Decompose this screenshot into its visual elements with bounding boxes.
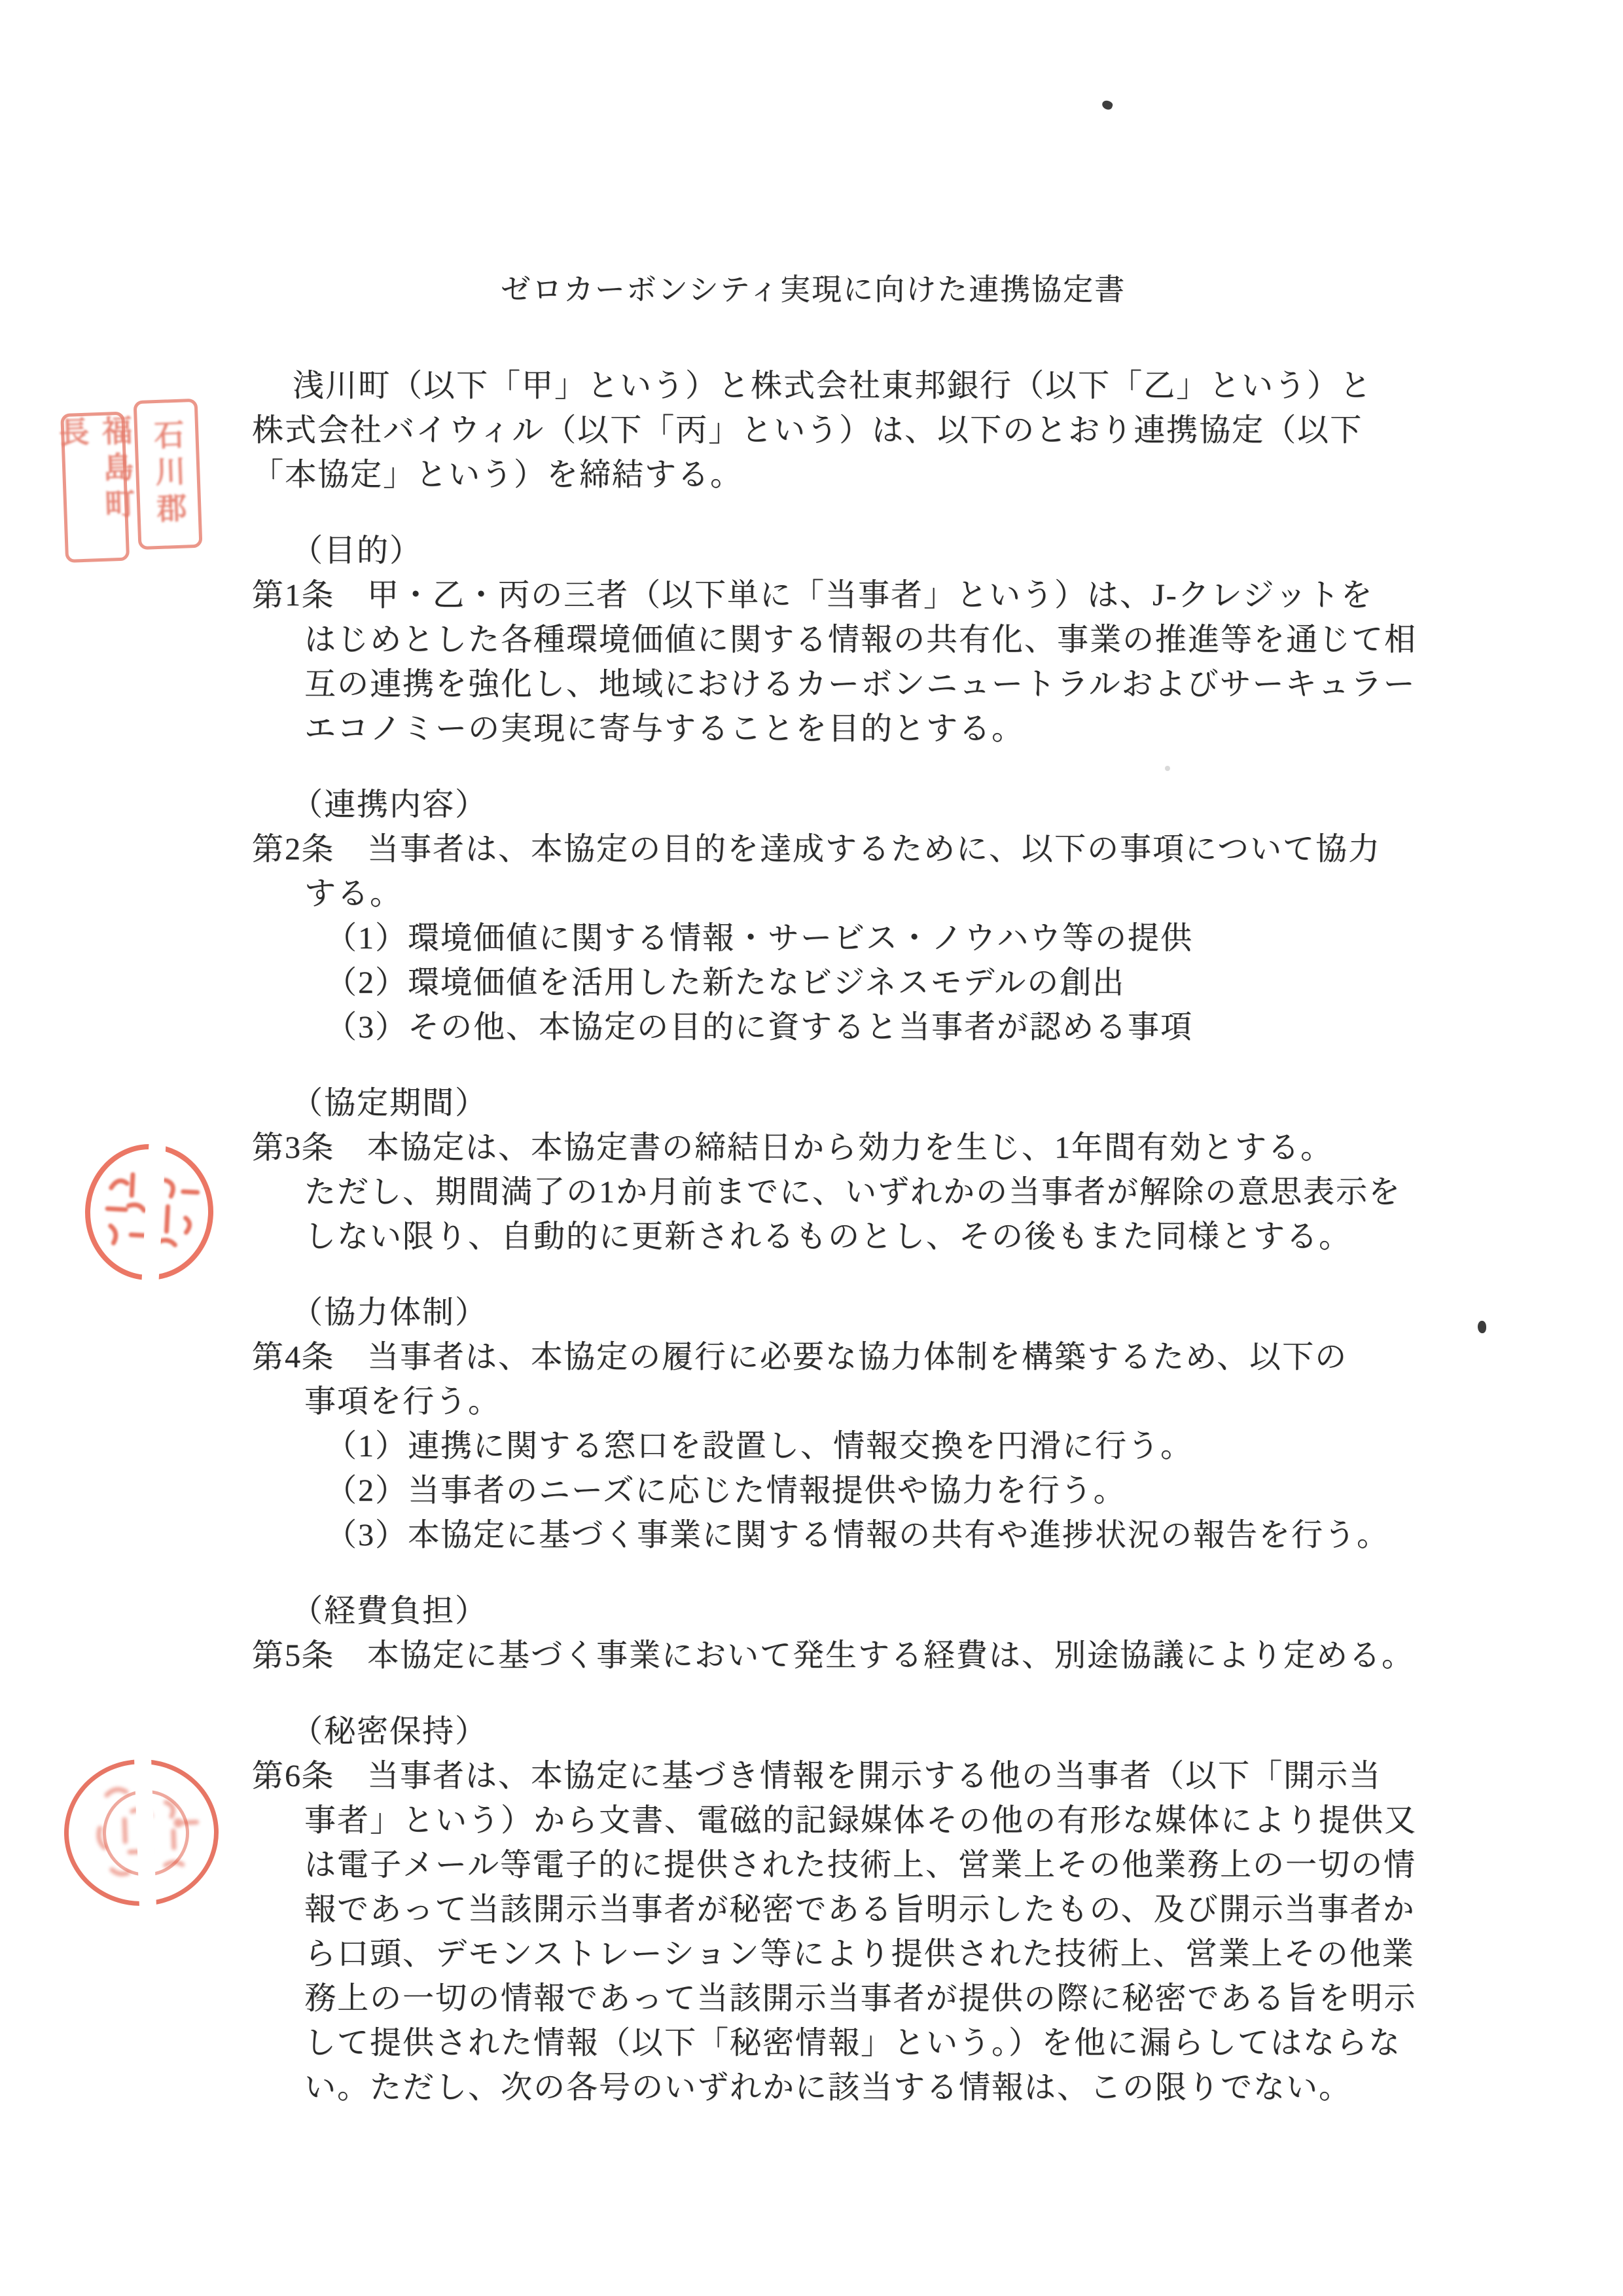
seal-inner-ring [101,1788,191,1878]
scan-fold-gap [141,1141,166,1294]
section-purpose: （目的） 第1条 甲・乙・丙の三者（以下単に「当事者」という）は、J-クレジット… [252,529,1374,751]
round-corporate-seal-bottom [62,1757,221,1909]
article-line: 第4条 当事者は、本協定の履行に必要な協力体制を構築するため、以下の [252,1335,1374,1380]
article-line: 第2条 当事者は、本協定の目的を達成するために、以下の事項について協力 [252,827,1374,872]
clause-item: （3）本協定に基づく事業に関する情報の共有や進捗状況の報告を行う。 [325,1513,1374,1558]
scan-speck [1478,1321,1486,1333]
section-cost-burden: （経費負担） 第5条 本協定に基づく事業において発生する経費は、別途協議により定… [252,1589,1374,1678]
mayor-seal-left-text: 福島町長 [49,414,141,560]
seal-script-glyphs-icon [66,1761,216,1904]
seal-script-glyphs-icon [87,1146,211,1278]
section-heading: （目的） [291,529,1374,573]
mayor-rect-seal-pair: 福島町長 石川郡 [60,398,218,568]
clause-item: （2）当事者のニーズに応じた情報提供や協力を行う。 [325,1469,1374,1513]
section-heading: （協力体制） [291,1291,1374,1335]
article-line: は電子メール等電子的に提供された技術上、営業上その他業務上の一切の情 [304,1843,1374,1888]
article-line: い。ただし、次の各号のいずれかに該当する情報は、この限りでない。 [304,2066,1374,2110]
preamble-line: 「本協定」という）を締結する。 [252,453,1374,497]
clause-item: （3）その他、本協定の目的に資すると当事者が認める事項 [325,1005,1374,1050]
mayor-rect-seal-left: 福島町長 [60,412,130,563]
article-line: して提供された情報（以下「秘密情報」という。）を他に漏らしてはならな [304,2021,1374,2066]
clause-item: （2）環境価値を活用した新たなビジネスモデルの創出 [325,961,1374,1005]
article-line: エコノミーの実現に寄与することを目的とする。 [304,707,1374,751]
document-title: ゼロカーボンシティ実現に向けた連携協定書 [252,267,1374,313]
article-line: 報であって当該開示当事者が秘密である旨明示したもの、及び開示当事者か [304,1888,1374,1932]
section-confidentiality: （秘密保持） 第6条 当事者は、本協定に基づき情報を開示する他の当事者（以下「開… [252,1710,1374,2110]
mayor-rect-seal-right: 石川郡 [134,399,203,550]
clause-item: （1）連携に関する窓口を設置し、情報交換を円滑に行う。 [325,1424,1374,1469]
scanned-agreement-page: 福島町長 石川郡 [0,0,1623,2296]
article-line: 第6条 当事者は、本協定に基づき情報を開示する他の当事者（以下「開示当 [252,1754,1374,1799]
article-line: しない限り、自動的に更新されるものとし、その後もまた同様とする。 [304,1215,1374,1259]
section-heading: （協定期間） [291,1081,1374,1126]
scan-fold-gap [134,1755,157,1918]
scan-speck [1101,99,1113,111]
clause-item: （1）環境価値に関する情報・サービス・ノウハウ等の提供 [325,916,1374,961]
section-cooperation-structure: （協力体制） 第4条 当事者は、本協定の履行に必要な協力体制を構築するため、以下… [252,1291,1374,1558]
preamble-line: 浅川町（以下「甲」という）と株式会社東邦銀行（以下「乙」という）と [293,364,1374,408]
mayor-seal-right-text: 石川郡 [145,418,192,529]
article-line: 事者」という）から文書、電磁的記録媒体その他の有形な媒体により提供又 [304,1799,1374,1843]
article-line: ら口頭、デモンストレーション等により提供された技術上、営業上その他業 [304,1932,1374,1977]
round-corporate-seal-middle [82,1141,217,1283]
article-line: ただし、期間満了の1か月前までに、いずれかの当事者が解除の意思表示を [304,1170,1374,1215]
article-line: する。 [304,872,1374,916]
section-cooperation-content: （連携内容） 第2条 当事者は、本協定の目的を達成するために、以下の事項について… [252,783,1374,1050]
article-line: 第1条 甲・乙・丙の三者（以下単に「当事者」という）は、J-クレジットを [252,573,1374,618]
article-line: 務上の一切の情報であって当該開示当事者が提供の際に秘密である旨を明示 [304,1977,1374,2021]
section-heading: （連携内容） [291,783,1374,827]
preamble-line: 株式会社バイウィル（以下「丙」という）は、以下のとおり連携協定（以下 [252,408,1374,453]
article-line: 第3条 本協定は、本協定書の締結日から効力を生じ、1年間有効とする。 [252,1126,1374,1170]
preamble: 浅川町（以下「甲」という）と株式会社東邦銀行（以下「乙」という）と株式会社バイウ… [252,364,1374,497]
article-line: 事項を行う。 [304,1380,1374,1424]
document-body: ゼロカーボンシティ実現に向けた連携協定書 浅川町（以下「甲」という）と株式会社東… [252,267,1374,2110]
section-agreement-term: （協定期間） 第3条 本協定は、本協定書の締結日から効力を生じ、1年間有効とする… [252,1081,1374,1259]
article-line: はじめとした各種環境価値に関する情報の共有化、事業の推進等を通じて相 [304,618,1374,662]
section-heading: （秘密保持） [291,1710,1374,1754]
article-line: 互の連携を強化し、地域におけるカーボンニュートラルおよびサーキュラー [304,662,1374,707]
section-heading: （経費負担） [291,1589,1374,1634]
article-line: 第5条 本協定に基づく事業において発生する経費は、別途協議により定める。 [252,1634,1374,1678]
